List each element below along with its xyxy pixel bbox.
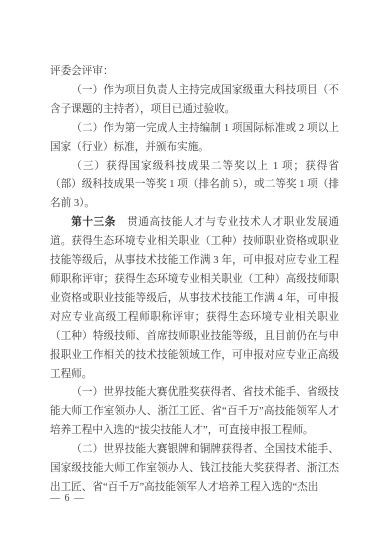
paragraph: （一）世界技能大赛优胜奖获得者、省技术能手、省级技能大师工作室领办人、浙江工匠、… (50, 384, 339, 441)
paragraph: （一）作为项目负责人主持完成国家级重大科技项目（不含子课题的主持者），项目已通过… (50, 82, 339, 120)
paragraph: 第十三条 贯通高技能人才与专业技术人才职业发展通道。获得生态环境专业相关职业（工… (50, 214, 339, 384)
paragraph: （二）作为第一完成人主持编制 1 项国际标准或 2 项以上国家（行业）标准，并颁… (50, 120, 339, 158)
document-body: 评委会评审：（一）作为项目负责人主持完成国家级重大科技项目（不含子课题的主持者）… (50, 63, 339, 498)
page-number: — 6 — (50, 492, 85, 506)
paragraph: 评委会评审： (50, 63, 339, 82)
article-number: 第十三条 (71, 217, 116, 228)
document-page: 评委会评审：（一）作为项目负责人主持完成国家级重大科技项目（不含子课题的主持者）… (0, 0, 390, 551)
paragraph: （三）获得国家级科技成果二等奖以上 1 项；获得省（部）级科技成果一等奖 1 项… (50, 158, 339, 215)
paragraph: （二）世界技能大赛银牌和铜牌获得者、全国技术能手、国家级技能大师工作室领办人、钱… (50, 441, 339, 498)
